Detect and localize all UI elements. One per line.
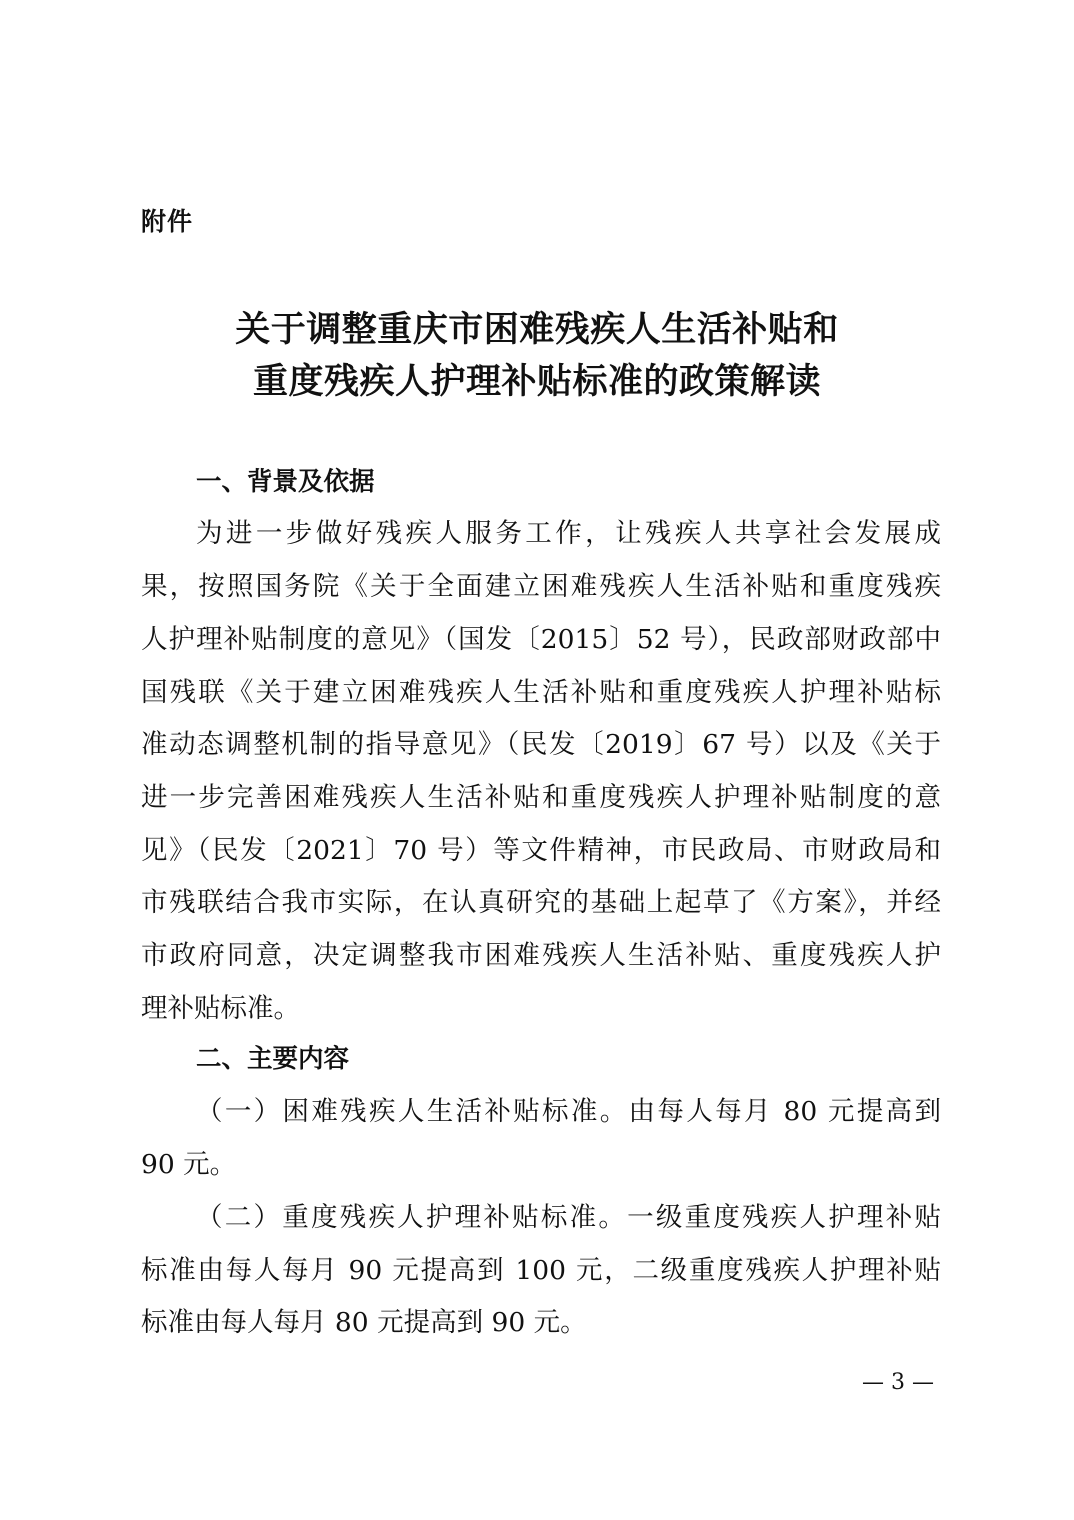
attachment-label: 附件 <box>141 202 193 238</box>
paragraph-line: 市残联结合我市实际，在认真研究的基础上起草了《方案》，并经 <box>141 887 941 919</box>
paragraph-line: 见》（民发〔2021〕70 号）等文件精神，市民政局、市财政局和 <box>141 835 941 867</box>
document-title-line-1: 关于调整重庆市困难残疾人生活补贴和 <box>130 302 944 352</box>
paragraph-line: 进一步完善困难残疾人生活补贴和重度残疾人护理补贴制度的意 <box>141 782 941 814</box>
paragraph-line: 果，按照国务院《关于全面建立困难残疾人生活补贴和重度残疾 <box>141 571 941 603</box>
document-page: 附件 关于调整重庆市困难残疾人生活补贴和 重度残疾人护理补贴标准的政策解读 一、… <box>0 0 1074 1520</box>
paragraph-line: （二）重度残疾人护理补贴标准。一级重度残疾人护理补贴 <box>196 1202 941 1234</box>
paragraph-line: （一）困难残疾人生活补贴标准。由每人每月 80 元提高到 <box>196 1096 941 1128</box>
paragraph-line: 90 元。 <box>141 1149 941 1181</box>
paragraph-line: 为进一步做好残疾人服务工作，让残疾人共享社会发展成 <box>196 518 941 550</box>
paragraph-line: 标准由每人每月 80 元提高到 90 元。 <box>141 1307 941 1339</box>
paragraph-line: 人护理补贴制度的意见》（国发〔2015〕52 号），民政部财政部中 <box>141 624 941 656</box>
paragraph-line: 准动态调整机制的指导意见》（民发〔2019〕67 号）以及《关于 <box>141 729 941 761</box>
paragraph-line: 市政府同意，决定调整我市困难残疾人生活补贴、重度残疾人护 <box>141 940 941 972</box>
section-heading-background: 一、背景及依据 <box>196 466 375 498</box>
section-heading-main-content: 二、主要内容 <box>196 1043 349 1075</box>
document-title-line-2: 重度残疾人护理补贴标准的政策解读 <box>130 354 944 404</box>
paragraph-line: 理补贴标准。 <box>141 993 941 1025</box>
paragraph-line: 国残联《关于建立困难残疾人生活补贴和重度残疾人护理补贴标 <box>141 677 941 709</box>
paragraph-line: 标准由每人每月 90 元提高到 100 元，二级重度残疾人护理补贴 <box>141 1255 941 1287</box>
page-number: — 3 — <box>862 1370 934 1395</box>
